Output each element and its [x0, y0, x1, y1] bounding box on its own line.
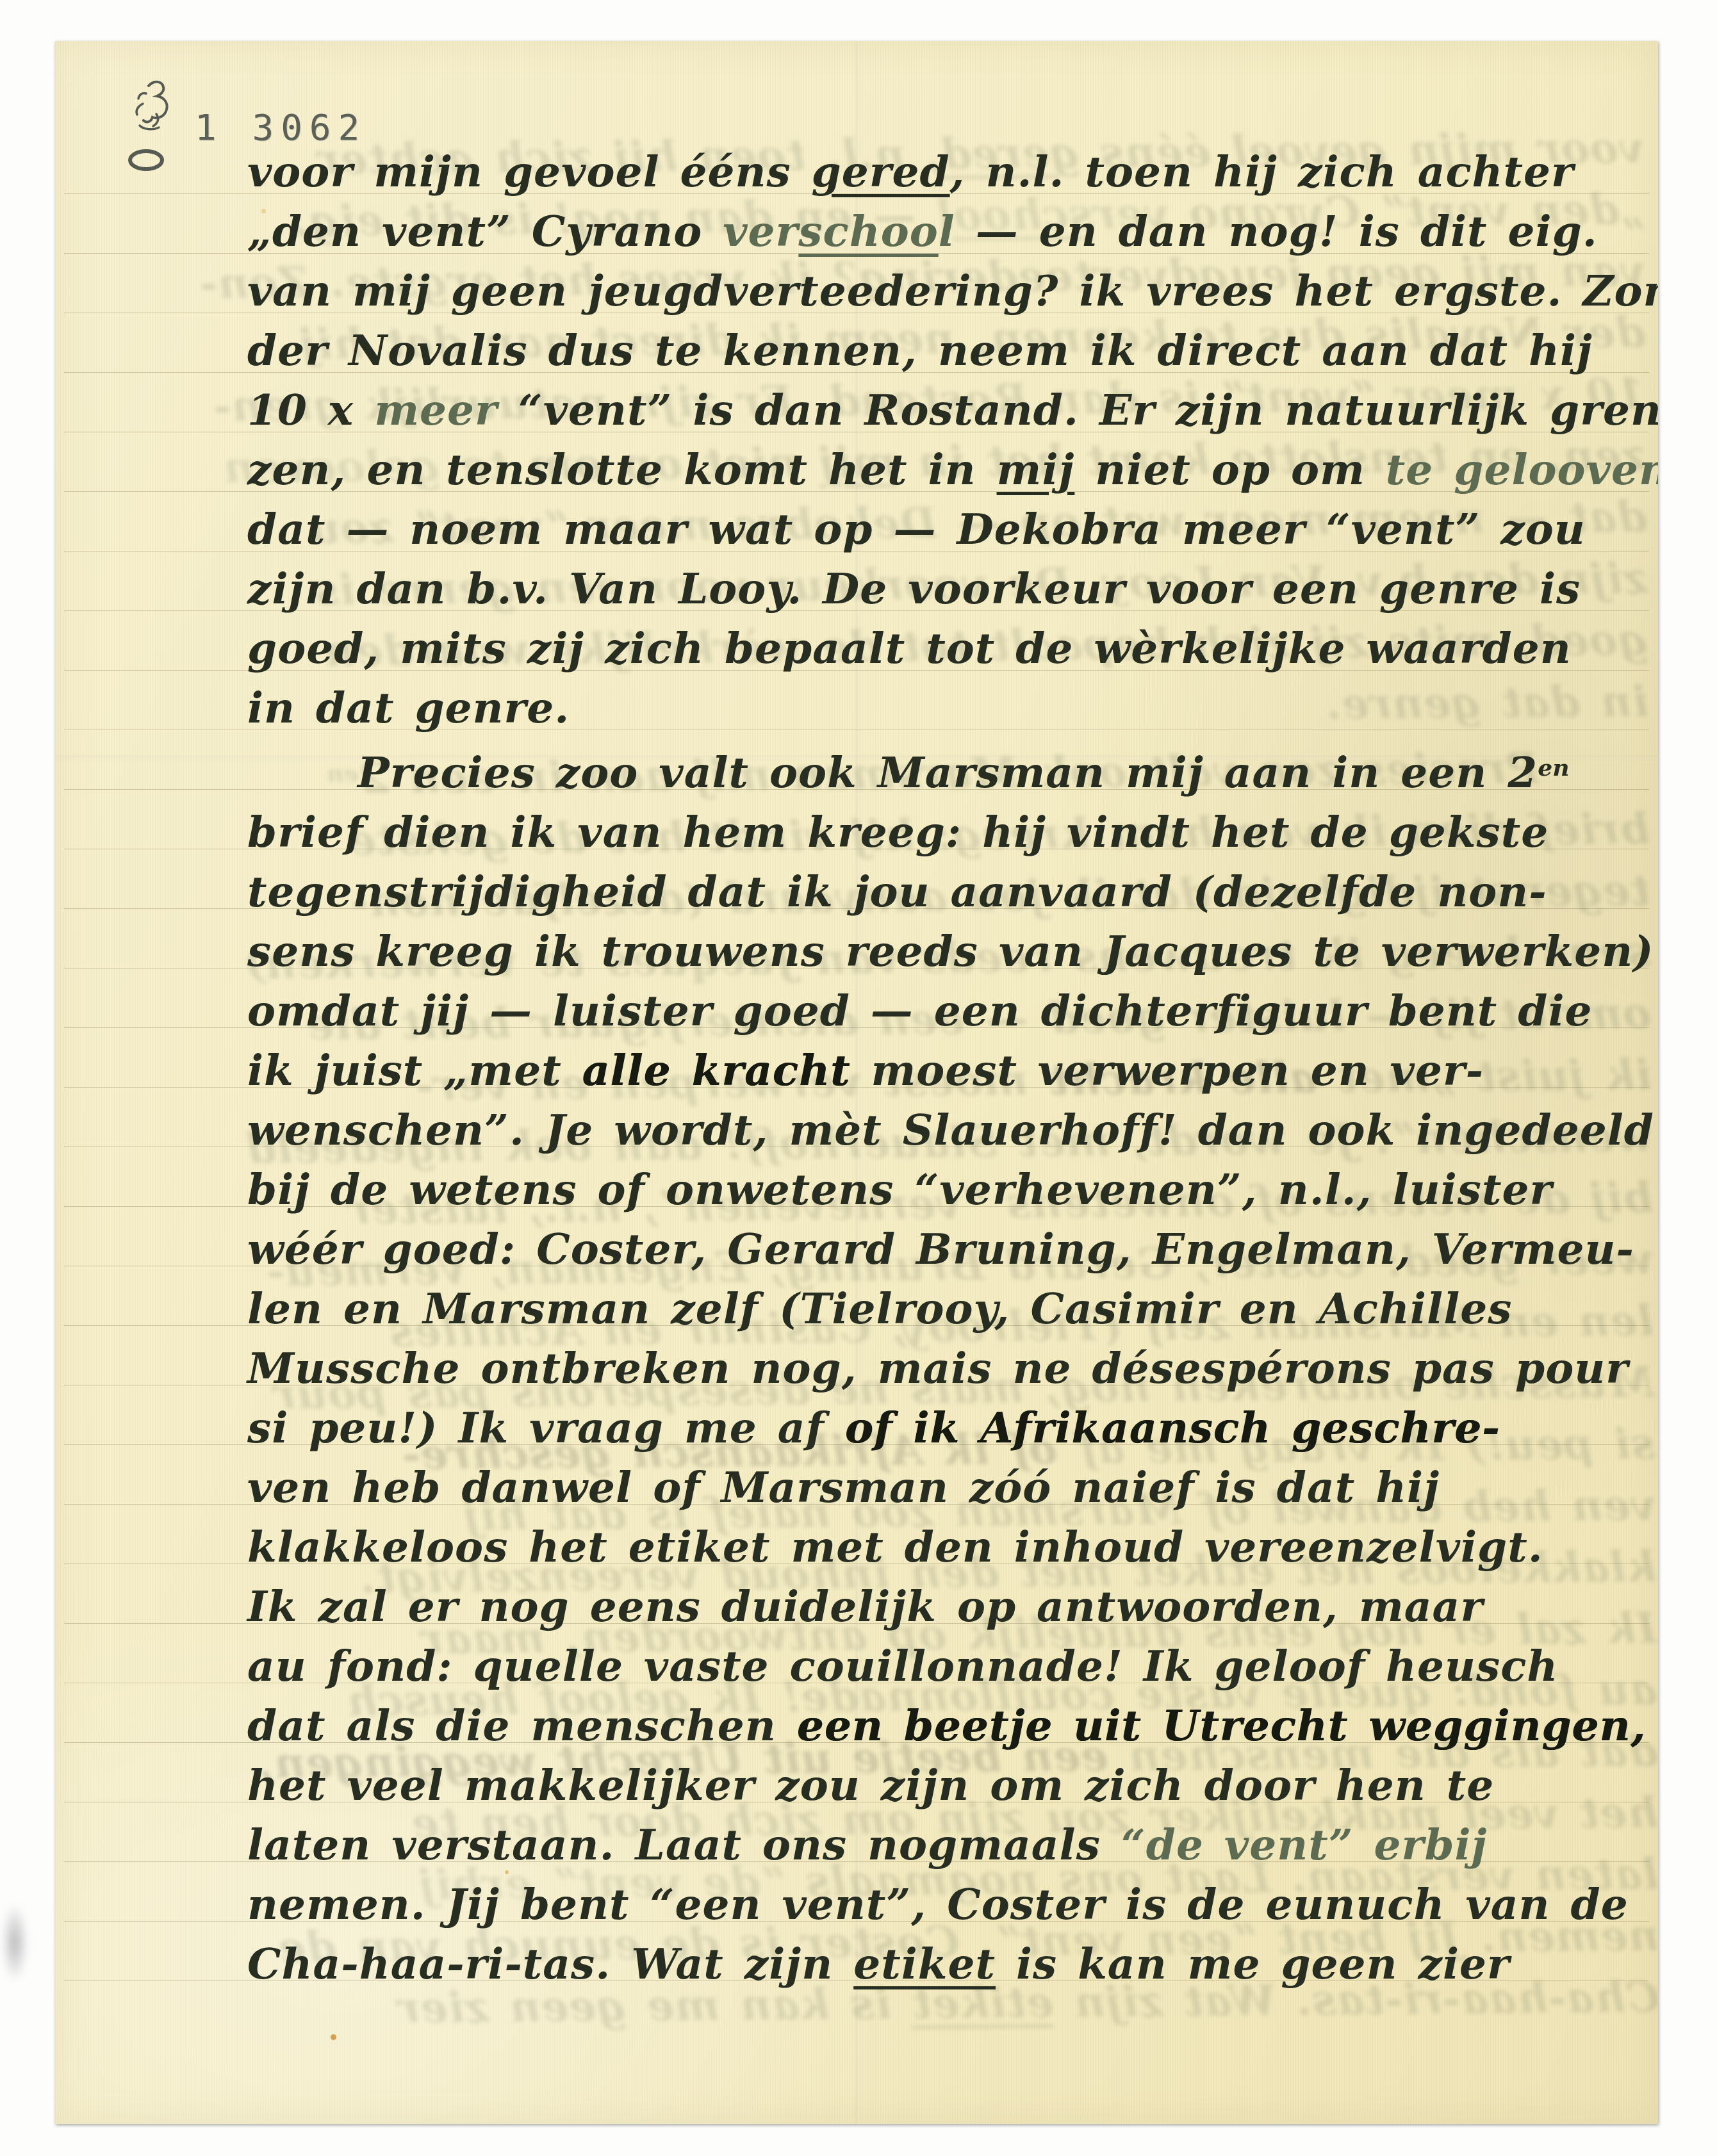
letter-line: si peu!) Ik vraag me af of ik Afrikaansc…: [247, 1398, 1658, 1458]
letter-line: in dat genre.: [247, 678, 1658, 738]
letter-line: tegenstrijdigheid dat ik jou aanvaard (d…: [247, 862, 1658, 922]
letter-paper: 1 3062 voor mijn gevoel ééns gered, n.l.…: [55, 41, 1658, 2124]
letter-line: Cha-haa-ri-tas. Wat zijn etiket is kan m…: [247, 1934, 1658, 1994]
letter-line: „den vent” Cyrano verschool — en dan nog…: [247, 202, 1658, 261]
letter-line: ven heb danwel of Marsman zóó naief is d…: [247, 1458, 1658, 1517]
letter-line: Mussche ontbreken nog, mais ne désespéro…: [247, 1339, 1658, 1398]
lion-crest-stamp-icon: [127, 74, 182, 182]
stamp-number: 1 3062: [195, 110, 366, 146]
paper-stain: [331, 2034, 336, 2040]
edge-smudge: [0, 1888, 33, 1997]
letter-line: 10 x meer “vent” is dan Rostand. Er zijn…: [247, 380, 1658, 440]
letter-line: dat — noem maar wat op — Dekobra meer “v…: [247, 500, 1658, 559]
letter-line: der Novalis dus te kennen, neem ik direc…: [247, 321, 1658, 380]
letter-line: wéér goed: Coster, Gerard Bruning, Engel…: [247, 1220, 1658, 1279]
letter-line: van mij geen jeugdverteedering? ik vrees…: [247, 261, 1658, 321]
letter-line: zijn dan b.v. Van Looy. De voorkeur voor…: [247, 559, 1658, 619]
letter-lines: voor mijn gevoel ééns gered, n.l. toen h…: [247, 142, 1658, 1994]
letter-line: sens kreeg ik trouwens reeds van Jacques…: [247, 922, 1658, 981]
letter-line: laten verstaan. Laat ons nogmaals “de ve…: [247, 1815, 1658, 1875]
letter-line: dat als die menschen een beetje uit Utre…: [247, 1696, 1658, 1756]
letter-line: au fond: quelle vaste couillonnade! Ik g…: [247, 1637, 1658, 1696]
scan-background: 1 3062 voor mijn gevoel ééns gered, n.l.…: [0, 0, 1717, 2156]
letter-line: brief dien ik van hem kreeg: hij vindt h…: [247, 803, 1658, 862]
letter-line: len en Marsman zelf (Tielrooy, Casimir e…: [247, 1279, 1658, 1339]
letter-line: nemen. Jij bent “een vent”, Coster is de…: [247, 1875, 1658, 1934]
letter-line: voor mijn gevoel ééns gered, n.l. toen h…: [247, 142, 1658, 202]
letter-line: Ik zal er nog eens duidelijk op antwoord…: [247, 1577, 1658, 1637]
letter-line: goed, mits zij zich bepaalt tot de wèrke…: [247, 619, 1658, 678]
letter-line: zen, en tenslotte komt het in mij niet o…: [247, 440, 1658, 500]
letter-line: omdat jij — luister goed — een dichterfi…: [247, 981, 1658, 1041]
letter-line: ik juist „met alle kracht moest verwerpe…: [247, 1041, 1658, 1100]
letter-line: wenschen”. Je wordt, mèt Slauerhoff! dan…: [247, 1100, 1658, 1160]
letter-line: Precies zoo valt ook Marsman mij aan in …: [247, 738, 1658, 803]
letter-line: bij de wetens of onwetens “verhevenen”, …: [247, 1160, 1658, 1220]
letter-line: het veel makkelijker zou zijn om zich do…: [247, 1756, 1658, 1815]
letter-line: klakkeloos het etiket met den inhoud ver…: [247, 1517, 1658, 1577]
